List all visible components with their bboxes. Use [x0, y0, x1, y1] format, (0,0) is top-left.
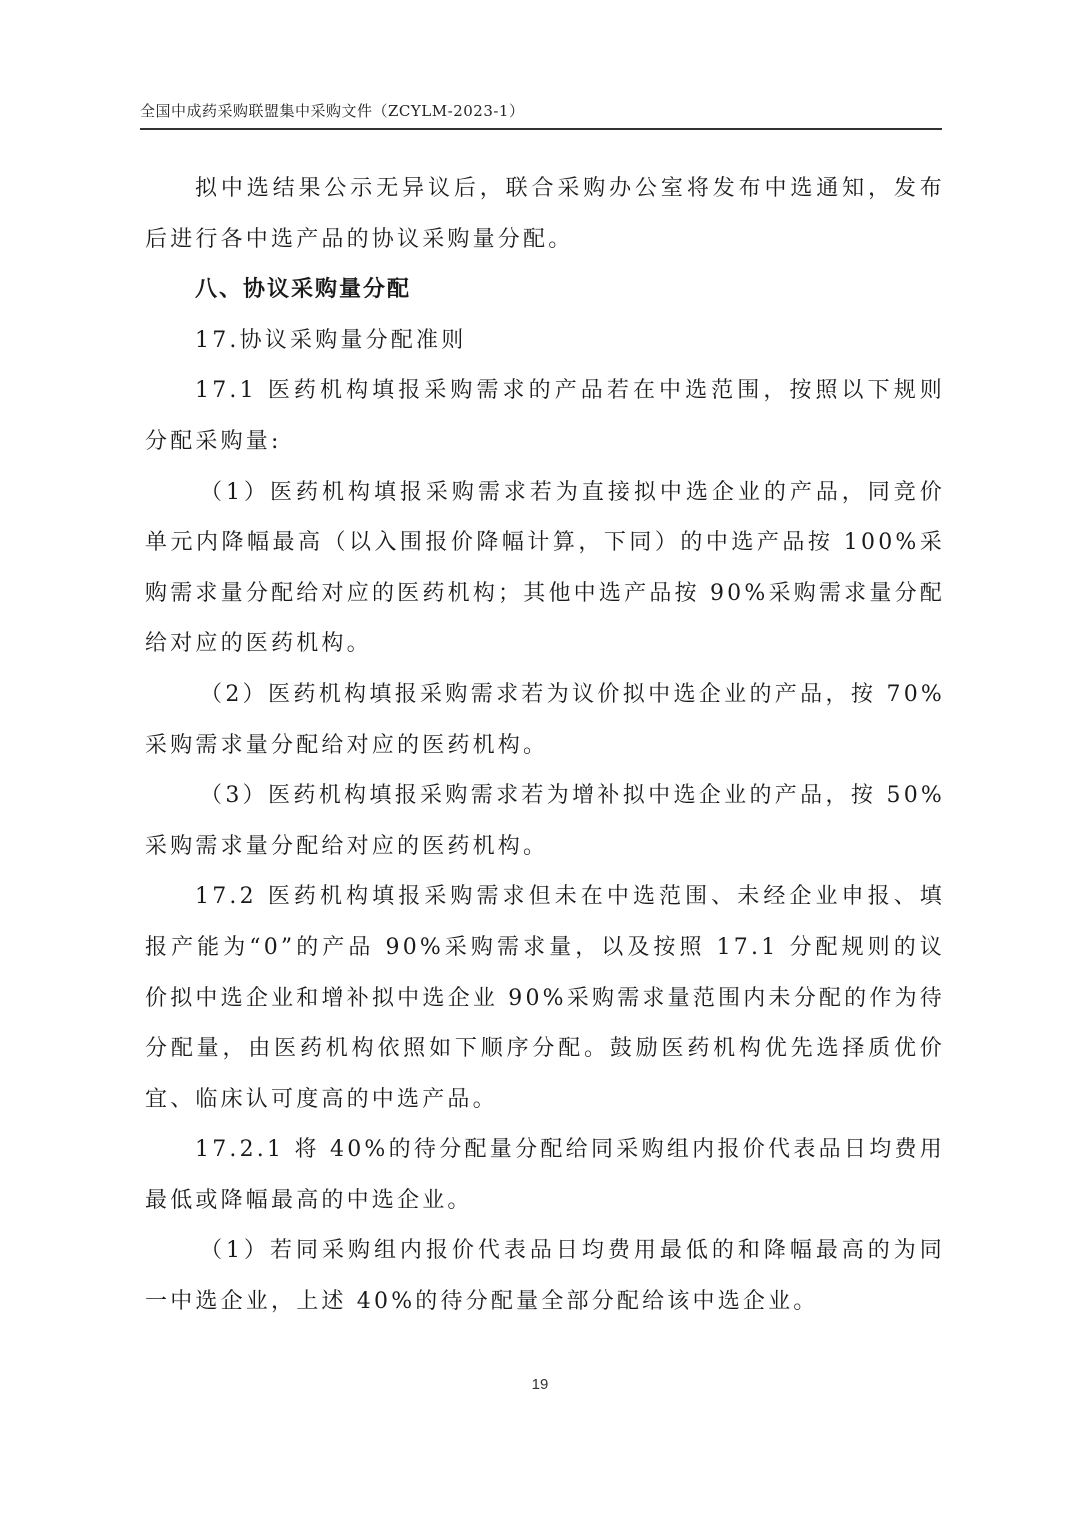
clause-17-2-1: 17.2.1 将 40%的待分配量分配给同采购组内报价代表品日均费用最低或降幅最…: [145, 1125, 945, 1226]
clause-17-title: 17.协议采购量分配准则: [145, 316, 945, 367]
document-body: 拟中选结果公示无异议后，联合采购办公室将发布中选通知，发布后进行各中选产品的协议…: [145, 164, 945, 1328]
clause-17-1: 17.1 医药机构填报采购需求的产品若在中选范围，按照以下规则分配采购量:: [145, 366, 945, 467]
section-heading: 八、协议采购量分配: [145, 265, 945, 316]
document-header-title: 全国中成药采购联盟集中采购文件（ZCYLM-2023-1）: [140, 100, 942, 122]
clause-17-1-item-2: （2）医药机构填报采购需求若为议价拟中选企业的产品，按 70%采购需求量分配给对…: [145, 670, 945, 771]
clause-17-1-item-1: （1）医药机构填报采购需求若为直接拟中选企业的产品，同竞价单元内降幅最高（以入围…: [145, 468, 945, 670]
page-number: 19: [0, 1376, 1080, 1393]
document-header: 全国中成药采购联盟集中采购文件（ZCYLM-2023-1）: [140, 100, 942, 122]
clause-17-1-item-3: （3）医药机构填报采购需求若为增补拟中选企业的产品，按 50%采购需求量分配给对…: [145, 771, 945, 872]
clause-17-2-1-item-1: （1）若同采购组内报价代表品日均费用最低的和降幅最高的为同一中选企业，上述 40…: [145, 1226, 945, 1327]
header-divider: [140, 128, 942, 130]
paragraph-announcement: 拟中选结果公示无异议后，联合采购办公室将发布中选通知，发布后进行各中选产品的协议…: [145, 164, 945, 265]
clause-17-2: 17.2 医药机构填报采购需求但未在中选范围、未经企业申报、填报产能为“0”的产…: [145, 872, 945, 1125]
